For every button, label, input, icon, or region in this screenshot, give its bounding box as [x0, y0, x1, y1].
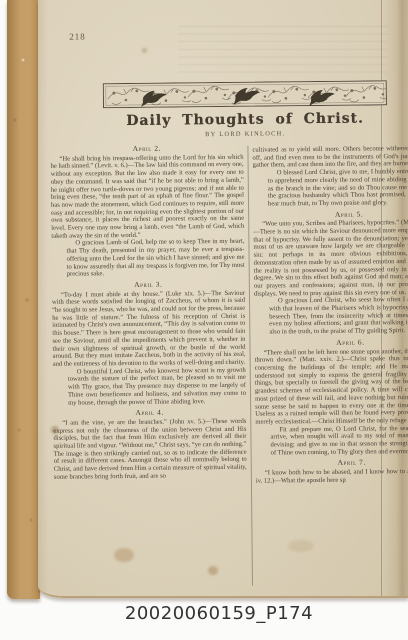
prayer-paragraph: O bountiful Lord Christ, who knowest how… — [68, 366, 246, 406]
column-left: April 2.“He shall bring his trespass-off… — [50, 141, 248, 595]
prayer-paragraph: O gracious Lord Christ, who seest how of… — [269, 296, 408, 336]
date-heading: April 7. — [256, 458, 408, 468]
prayer-paragraph: O gracious Lamb of God, help me so to ke… — [66, 238, 244, 278]
date-heading: April 3. — [52, 280, 245, 290]
body-paragraph: “I am the vine, ye are the branches.” (J… — [53, 418, 247, 482]
column-right: cultivated as to yield still more. Other… — [252, 139, 408, 599]
body-paragraph: “Woe unto you, Scribes and Pharisees, hy… — [253, 219, 408, 298]
date-heading: April 4. — [53, 408, 246, 418]
body-paragraph: “To-day I must abide at thy house.” (Luk… — [52, 289, 246, 368]
page-number: 218 — [69, 31, 86, 41]
ornamental-bird-engraving — [103, 80, 387, 108]
prayer-paragraph: O blessed Lord Christ, give to me, I hum… — [268, 168, 408, 208]
date-heading: April 2. — [50, 144, 243, 154]
byline: BY LORD KINLOCH. — [82, 129, 408, 139]
continuation-paragraph: cultivated as to yield still more. Other… — [252, 145, 408, 170]
body-paragraph: “I know both how to be abased, and I kno… — [256, 468, 408, 485]
date-heading: April 5. — [253, 209, 408, 219]
scanned-book-page: 218 — [0, 0, 408, 640]
page-title: Daily Thoughts of Christ. — [82, 110, 408, 129]
body-paragraph: “He shall bring his trespass-offering un… — [50, 153, 244, 240]
body-paragraph: “There shall not be left here one stone … — [255, 347, 408, 426]
page-content: 218 — [35, 0, 408, 598]
scan-id-label: 20020060159_P174 — [0, 603, 408, 624]
prayer-paragraph: Fit and prepare me, O Lord Christ, for t… — [270, 424, 408, 457]
date-heading: April 6. — [254, 338, 408, 348]
